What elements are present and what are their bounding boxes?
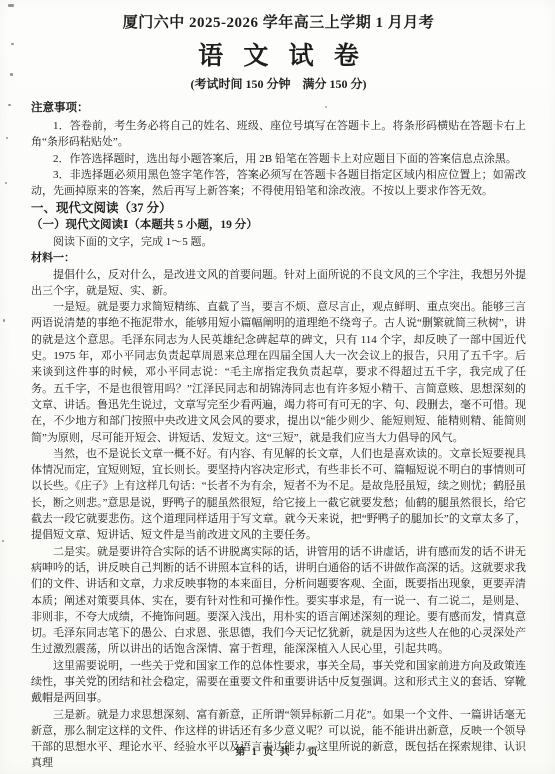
page-content: 厦门六中 2025-2026 学年高三上学期 1 月月考 语 文 试 卷 (考试… [31,12,526,772]
material-text: 提倡什么，反对什么，是改进文风的首要问题。针对上面所说的不良文风的三个字注，我想… [31,267,526,772]
page-number: 第 1 页 共 7 页 [0,743,555,758]
scan-artifact [11,43,14,45]
scan-artifact [2,540,4,542]
notice-label: 注意事项： [31,100,526,117]
scan-artifact [10,73,13,76]
school-title: 厦门六中 2025-2026 学年高三上学期 1 月月考 [31,12,526,34]
scan-artifact [8,4,14,7]
notice-item: 3．非选择题必须用黑色签字笔作答，答案必须写在答题卡各题目指定区域内相应位置上；… [31,167,526,200]
scan-artifact [5,182,7,184]
subsection-heading: （一）现代文阅读Ⅰ（本题共 5 小题，19 分） [31,217,526,234]
material-paragraph: 一是短。就是要力求简短精练、直截了当，要言不烦、意尽言止，观点鲜明、重点突出。能… [31,299,526,446]
scan-artifact [8,104,11,106]
scan-artifact [325,106,327,108]
reading-instruction: 阅读下面的文字，完成 1～5 题。 [31,234,526,250]
scan-artifact [6,137,8,139]
scan-artifact [3,319,5,322]
material-paragraph: 这里需要说明，一些关于党和国家工作的总体性要求，事关全局，事关党和国家前进方向及… [31,658,526,707]
notice-list: 1．答卷前，考生务必将自己的姓名、班级、座位号填写在答题卡上。将条形码横贴在答题… [31,118,526,199]
notice-item: 1．答卷前，考生务必将自己的姓名、班级、座位号填写在答题卡上。将条形码横贴在答题… [31,118,526,151]
section-heading: 一、现代文阅读（37 分） [31,200,526,217]
material-paragraph: 三是新。就是力求思想深刻、富有新意，正所谓“领异标新二月花”。如果一个文件、一篇… [31,707,526,772]
material-paragraph: 当然，也不是说长文章一概不好。有内容、有见解的长文章，人们也是喜欢读的。文章长短… [31,446,526,544]
material-label: 材料一： [31,250,526,266]
notice-item: 2．作答选择题时，选出每小题答案后，用 2B 铅笔在答题卡上对应题目下面的答案信… [31,151,526,167]
exam-info: (考试时间 150 分钟 满分 150 分) [31,75,526,93]
exam-paper-page: 厦门六中 2025-2026 学年高三上学期 1 月月考 语 文 试 卷 (考试… [0,0,555,774]
material-paragraph: 提倡什么，反对什么，是改进文风的首要问题。针对上面所说的不良文风的三个字注，我想… [31,267,526,300]
material-paragraph: 二是实。就是要讲符合实际的话不讲脱离实际的话，讲管用的话不讲虚话，讲有感而发的话… [31,544,526,658]
paper-title: 语 文 试 卷 [38,42,526,72]
